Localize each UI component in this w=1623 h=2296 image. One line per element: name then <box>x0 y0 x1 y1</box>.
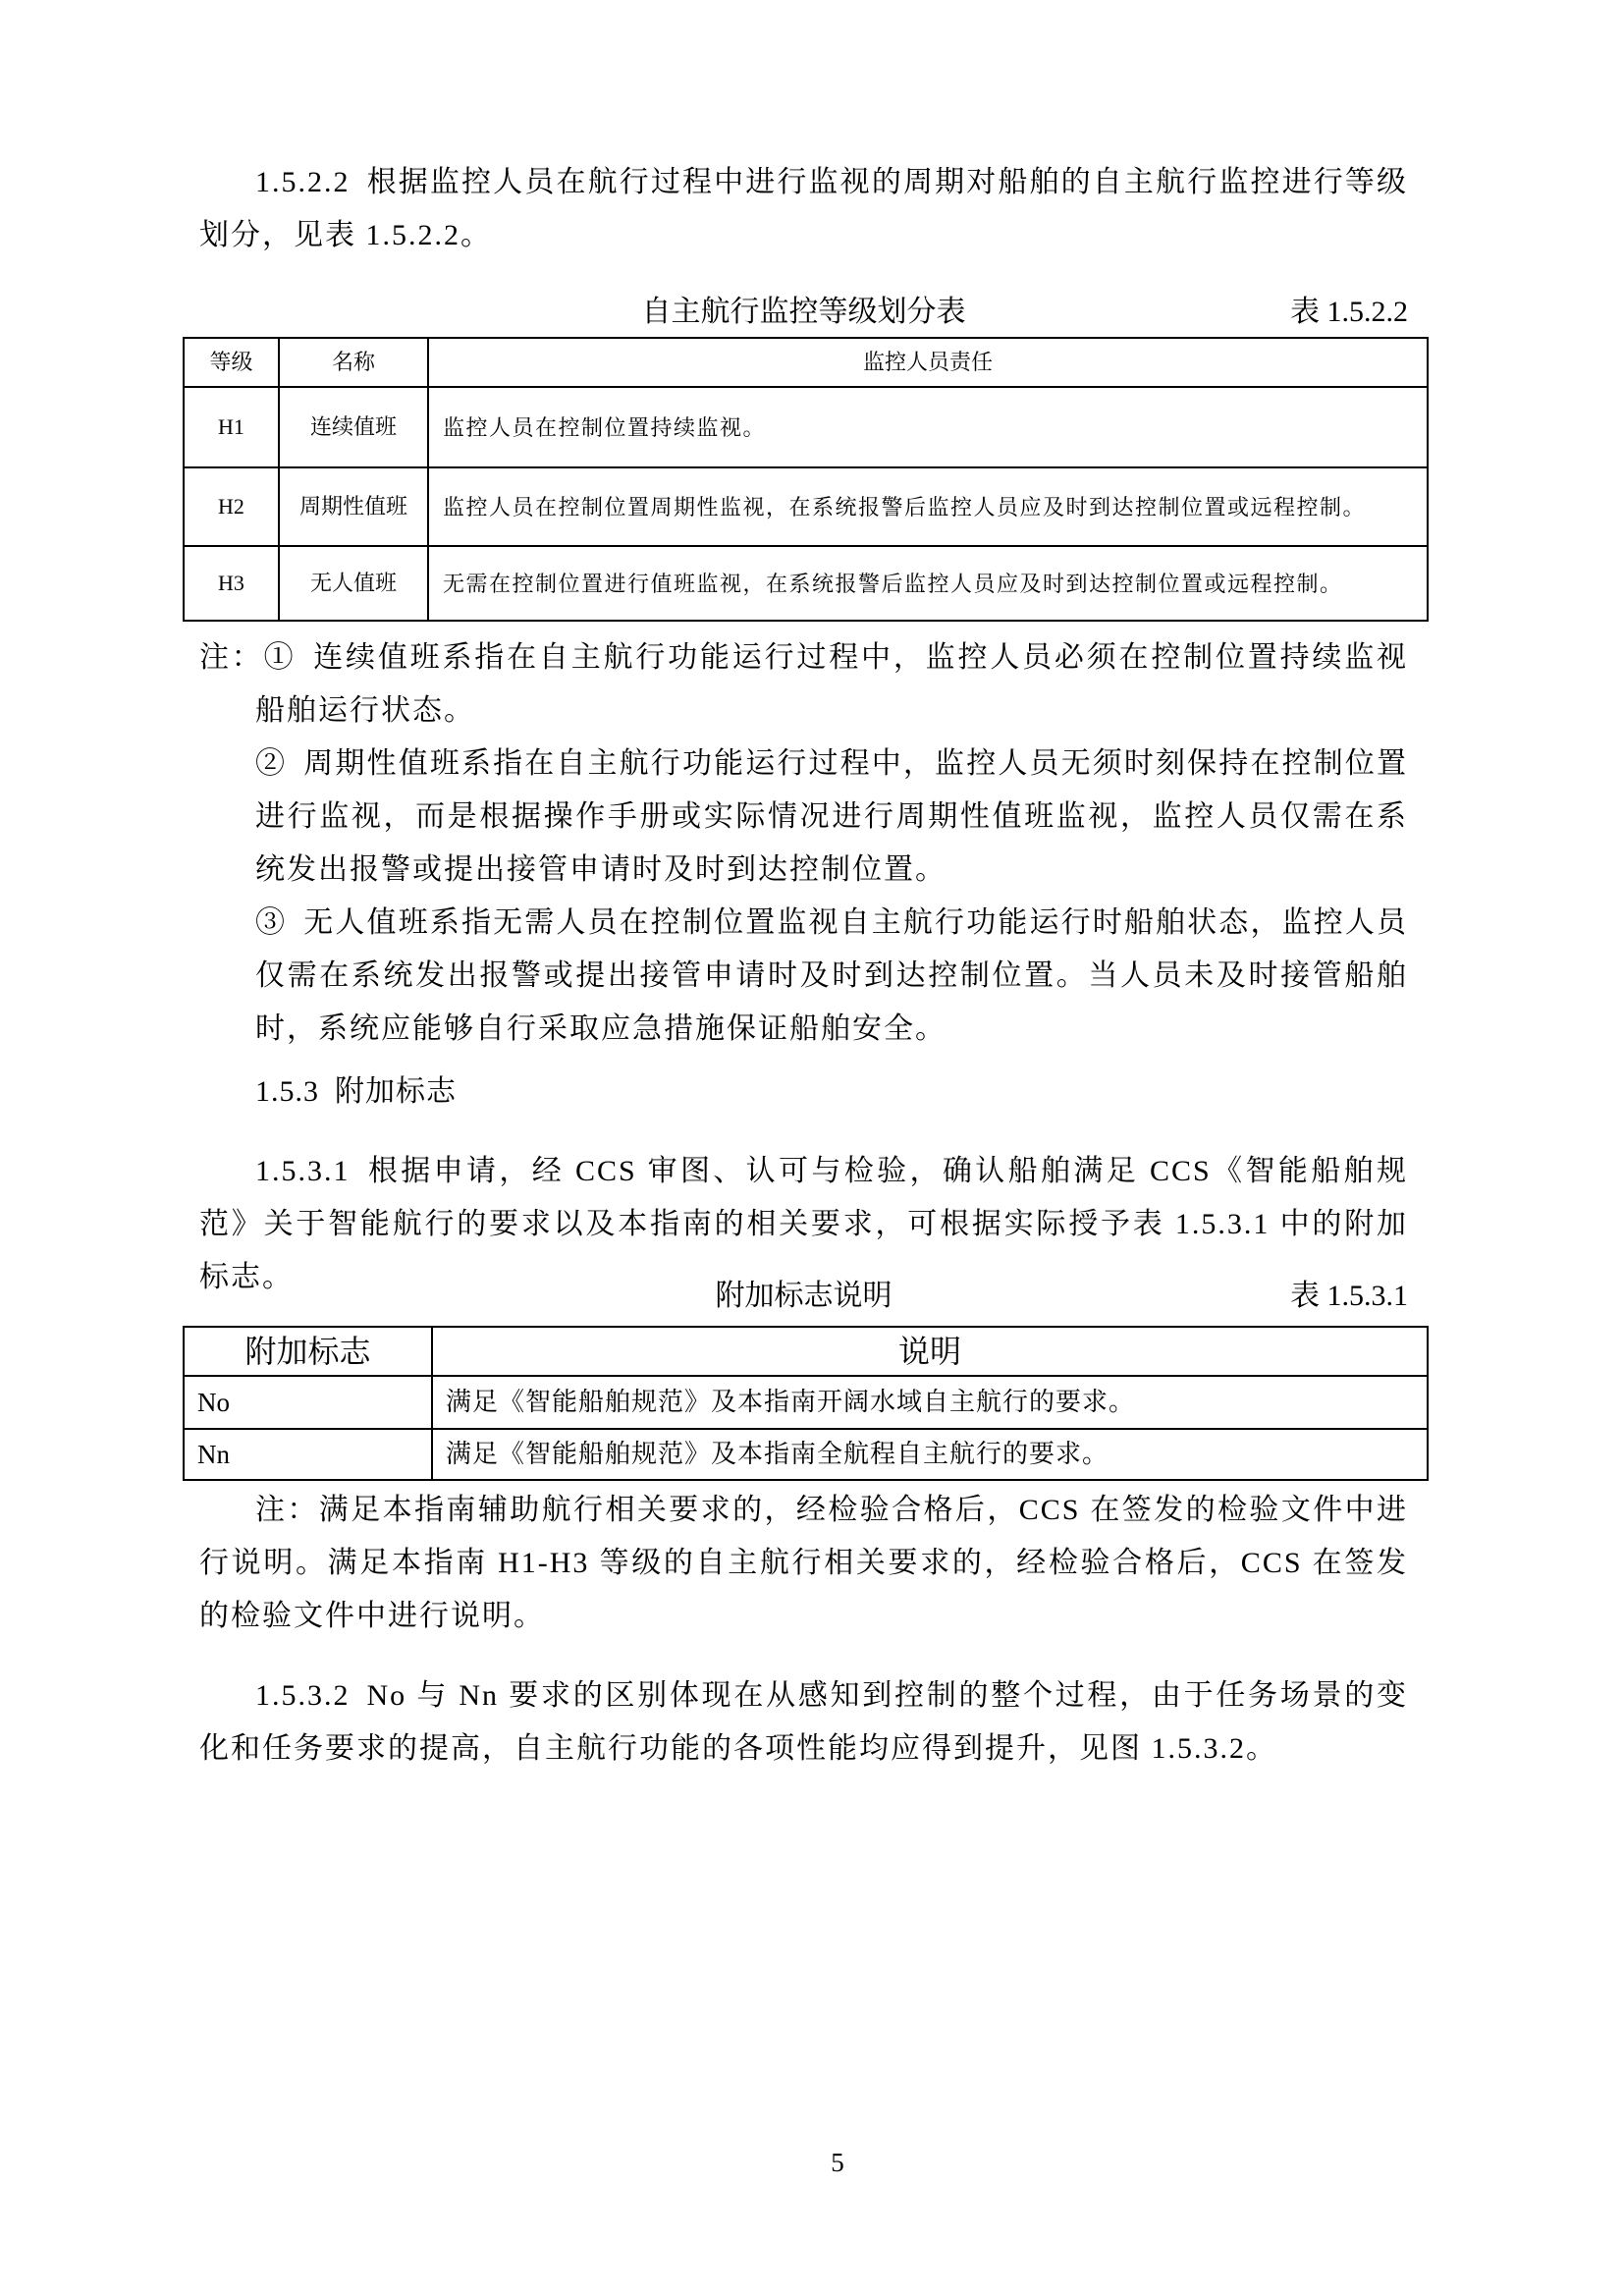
table1-level-h2: H2 <box>184 467 279 546</box>
additional-notation-table: 附加标志 说明 No 满足《智能船舶规范》及本指南开阔水域自主航行的要求。 Nn… <box>183 1326 1429 1481</box>
table2-header-row: 附加标志 说明 <box>184 1327 1428 1376</box>
paragraph-1-5-2-2: 1.5.2.2 根据监控人员在航行过程中进行监视的周期对船舶的自主航行监控进行等… <box>199 156 1408 262</box>
table1-caption-row: 自主航行监控等级划分表 表 1.5.2.2 <box>199 286 1408 339</box>
table1-header-grade: 等级 <box>184 338 279 387</box>
document-page: 1.5.2.2 根据监控人员在航行过程中进行监视的周期对船舶的自主航行监控进行等… <box>0 0 1623 2296</box>
table1-header-duty: 监控人员责任 <box>428 338 1428 387</box>
table1-duty-h2: 监控人员在控制位置周期性监视，在系统报警后监控人员应及时到达控制位置或远程控制。 <box>428 467 1428 546</box>
note-item-3: ③ 无人值班系指无需人员在控制位置监视自主航行功能运行时船舶状态，监控人员仅需在… <box>255 897 1408 1056</box>
table-row: H1 连续值班 监控人员在控制位置持续监视。 <box>184 387 1428 467</box>
table-row: H2 周期性值班 监控人员在控制位置周期性监视，在系统报警后监控人员应及时到达控… <box>184 467 1428 546</box>
table1-duty-h1: 监控人员在控制位置持续监视。 <box>428 387 1428 467</box>
table-row: No 满足《智能船舶规范》及本指南开阔水域自主航行的要求。 <box>184 1376 1428 1429</box>
table1-header-name: 名称 <box>279 338 428 387</box>
table1-level-h1: H1 <box>184 387 279 467</box>
table-row: H3 无人值班 无需在控制位置进行值班监视，在系统报警后监控人员应及时到达控制位… <box>184 546 1428 621</box>
paragraph-1-5-3-2: 1.5.3.2 No 与 Nn 要求的区别体现在从感知到控制的整个过程，由于任务… <box>199 1669 1408 1776</box>
table1-label: 表 1.5.2.2 <box>1290 286 1408 339</box>
table1-duty-h3: 无需在控制位置进行值班监视，在系统报警后监控人员应及时到达控制位置或远程控制。 <box>428 546 1428 621</box>
table1-name-h2: 周期性值班 <box>279 467 428 546</box>
table2-mark-no: No <box>184 1376 432 1429</box>
note-item-2: ② 周期性值班系指在自主航行功能运行过程中，监控人员无须时刻保持在控制位置进行监… <box>255 738 1408 897</box>
page-number: 5 <box>199 2136 1476 2189</box>
table1-header-row: 等级 名称 监控人员责任 <box>184 338 1428 387</box>
heading-1-5-3: 1.5.3 附加标志 <box>255 1066 457 1119</box>
note-item-1: 注：① 连续值班系指在自主航行功能运行过程中，监控人员必须在控制位置持续监视船舶… <box>255 631 1408 738</box>
note-text-1: ① 连续值班系指在自主航行功能运行过程中，监控人员必须在控制位置持续监视船舶运行… <box>255 641 1408 727</box>
table2-desc-no: 满足《智能船舶规范》及本指南开阔水域自主航行的要求。 <box>432 1376 1428 1429</box>
table-row: Nn 满足《智能船舶规范》及本指南全航程自主航行的要求。 <box>184 1429 1428 1480</box>
table2-mark-nn: Nn <box>184 1429 432 1480</box>
table2-header-mark: 附加标志 <box>184 1327 432 1376</box>
table1-name-h1: 连续值班 <box>279 387 428 467</box>
monitoring-grade-table: 等级 名称 监控人员责任 H1 连续值班 监控人员在控制位置持续监视。 H2 周… <box>183 337 1429 622</box>
table2-caption-row: 附加标志说明 表 1.5.3.1 <box>199 1270 1408 1323</box>
table1-notes: 注：① 连续值班系指在自主航行功能运行过程中，监控人员必须在控制位置持续监视船舶… <box>199 631 1408 1056</box>
table1-level-h3: H3 <box>184 546 279 621</box>
table1-name-h3: 无人值班 <box>279 546 428 621</box>
table2-header-desc: 说明 <box>432 1327 1428 1376</box>
table2-desc-nn: 满足《智能船舶规范》及本指南全航程自主航行的要求。 <box>432 1429 1428 1480</box>
note-prefix: 注： <box>199 641 264 674</box>
table1-caption: 自主航行监控等级划分表 <box>642 296 966 328</box>
table2-note: 注：满足本指南辅助航行相关要求的，经检验合格后，CCS 在签发的检验文件中进行说… <box>199 1484 1408 1643</box>
table2-label: 表 1.5.3.1 <box>1290 1270 1408 1323</box>
table2-caption: 附加标志说明 <box>716 1280 893 1312</box>
